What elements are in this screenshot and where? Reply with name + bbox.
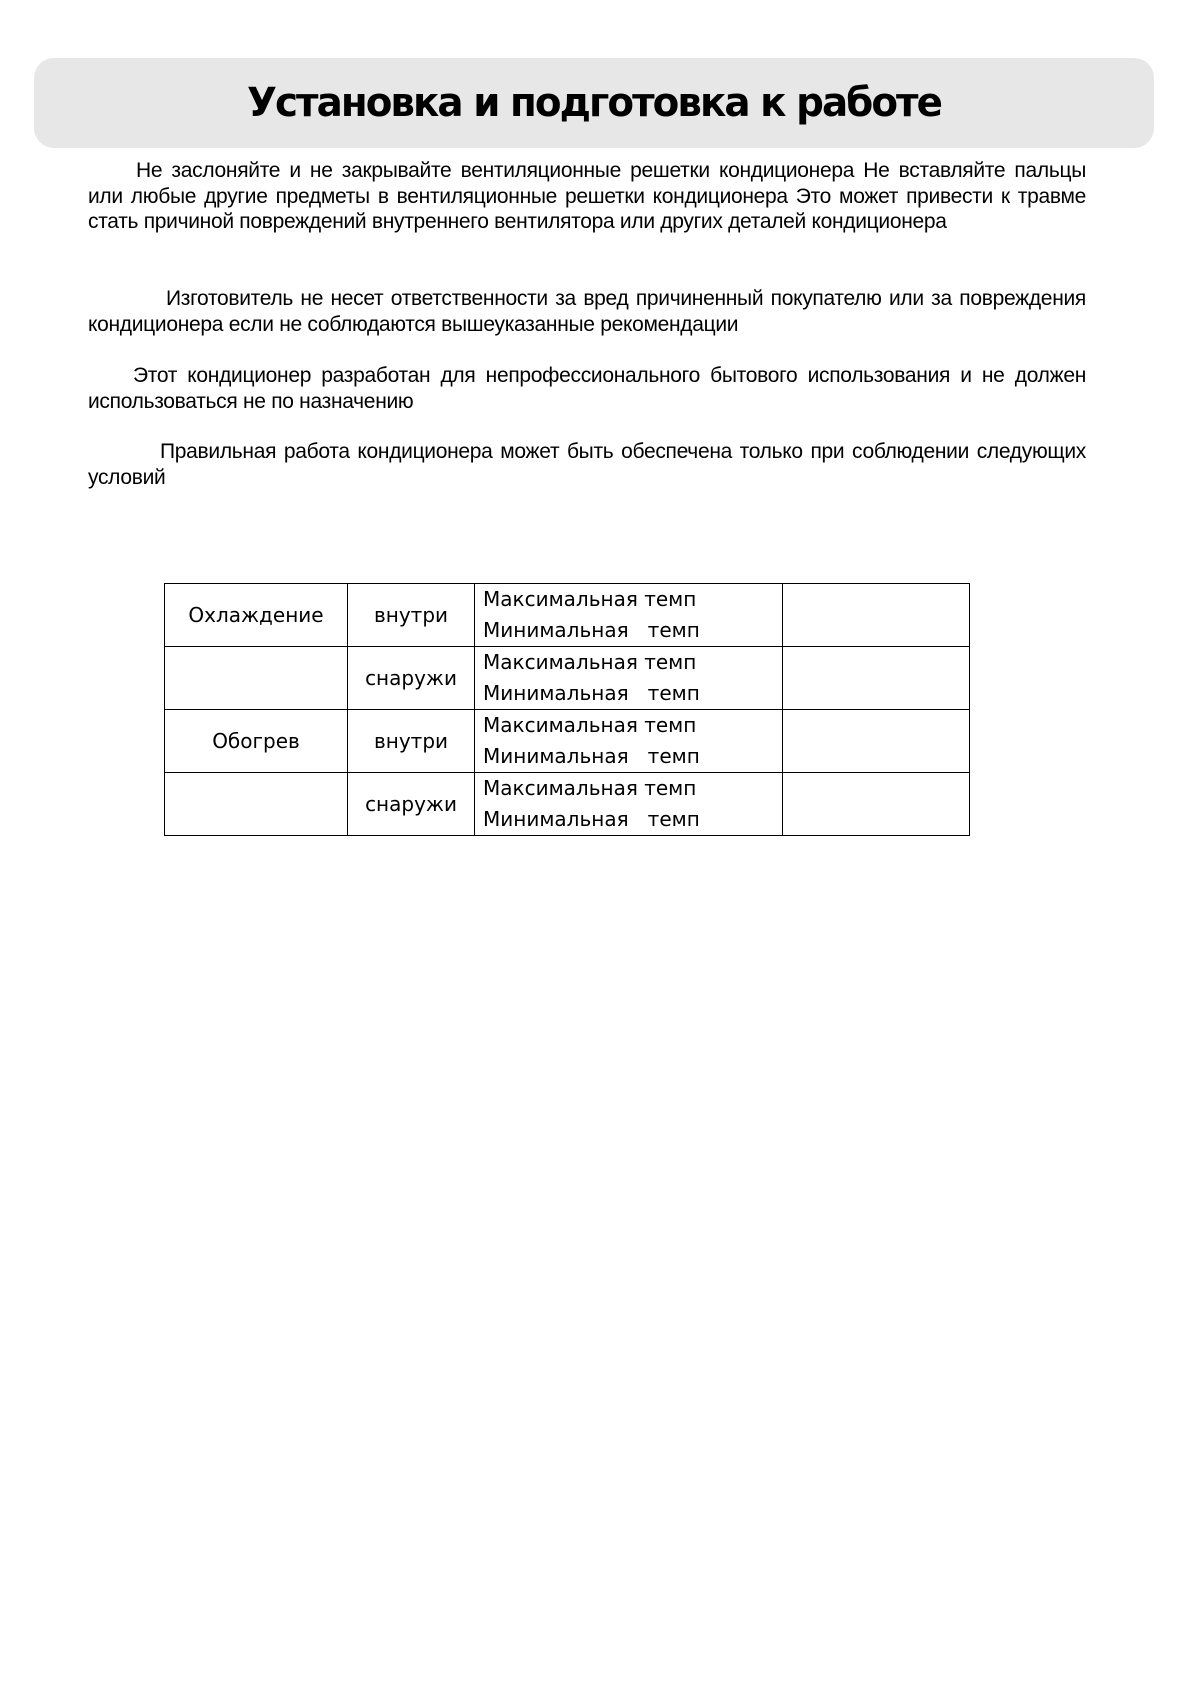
paragraph-operating-conditions: Правильная работа кондиционера может быт… bbox=[88, 439, 1086, 490]
operating-conditions-table: Охлаждение внутри Максимальная темп Мини… bbox=[164, 583, 970, 836]
max-temp-label: Максимальная темп bbox=[483, 773, 782, 804]
mode-cell bbox=[165, 773, 348, 836]
location-cell: снаружи bbox=[348, 647, 475, 710]
temperature-labels-cell: Максимальная темп Минимальная темп bbox=[475, 584, 783, 647]
min-temp-label: Минимальная темп bbox=[483, 804, 782, 835]
table-row: Обогрев внутри Максимальная темп Минимал… bbox=[165, 710, 970, 773]
value-cell bbox=[783, 647, 970, 710]
table-row: Охлаждение внутри Максимальная темп Мини… bbox=[165, 584, 970, 647]
paragraph-liability: Изготовитель не несет ответственности за… bbox=[88, 286, 1086, 337]
min-temp-label: Минимальная темп bbox=[483, 741, 782, 772]
location-cell: внутри bbox=[348, 710, 475, 773]
paragraph-household-use: Этот кондиционер разработан для непрофес… bbox=[88, 363, 1086, 414]
max-temp-label: Максимальная темп bbox=[483, 647, 782, 678]
max-temp-label: Максимальная темп bbox=[483, 584, 782, 615]
page-title: Установка и подготовка к работе bbox=[51, 80, 1137, 126]
location-cell: снаружи bbox=[348, 773, 475, 836]
mode-cell bbox=[165, 647, 348, 710]
value-cell bbox=[783, 584, 970, 647]
value-cell bbox=[783, 773, 970, 836]
title-banner: Установка и подготовка к работе bbox=[34, 58, 1154, 148]
max-temp-label: Максимальная темп bbox=[483, 710, 782, 741]
paragraph-ventilation-warning: Не заслоняйте и не закрывайте вентиляцио… bbox=[88, 158, 1086, 235]
min-temp-label: Минимальная темп bbox=[483, 678, 782, 709]
table-row: снаружи Максимальная темп Минимальная те… bbox=[165, 773, 970, 836]
mode-cell: Обогрев bbox=[165, 710, 348, 773]
min-temp-label: Минимальная темп bbox=[483, 615, 782, 646]
temperature-labels-cell: Максимальная темп Минимальная темп bbox=[475, 710, 783, 773]
table-row: снаружи Максимальная темп Минимальная те… bbox=[165, 647, 970, 710]
temperature-labels-cell: Максимальная темп Минимальная темп bbox=[475, 773, 783, 836]
temperature-labels-cell: Максимальная темп Минимальная темп bbox=[475, 647, 783, 710]
value-cell bbox=[783, 710, 970, 773]
mode-cell: Охлаждение bbox=[165, 584, 348, 647]
location-cell: внутри bbox=[348, 584, 475, 647]
